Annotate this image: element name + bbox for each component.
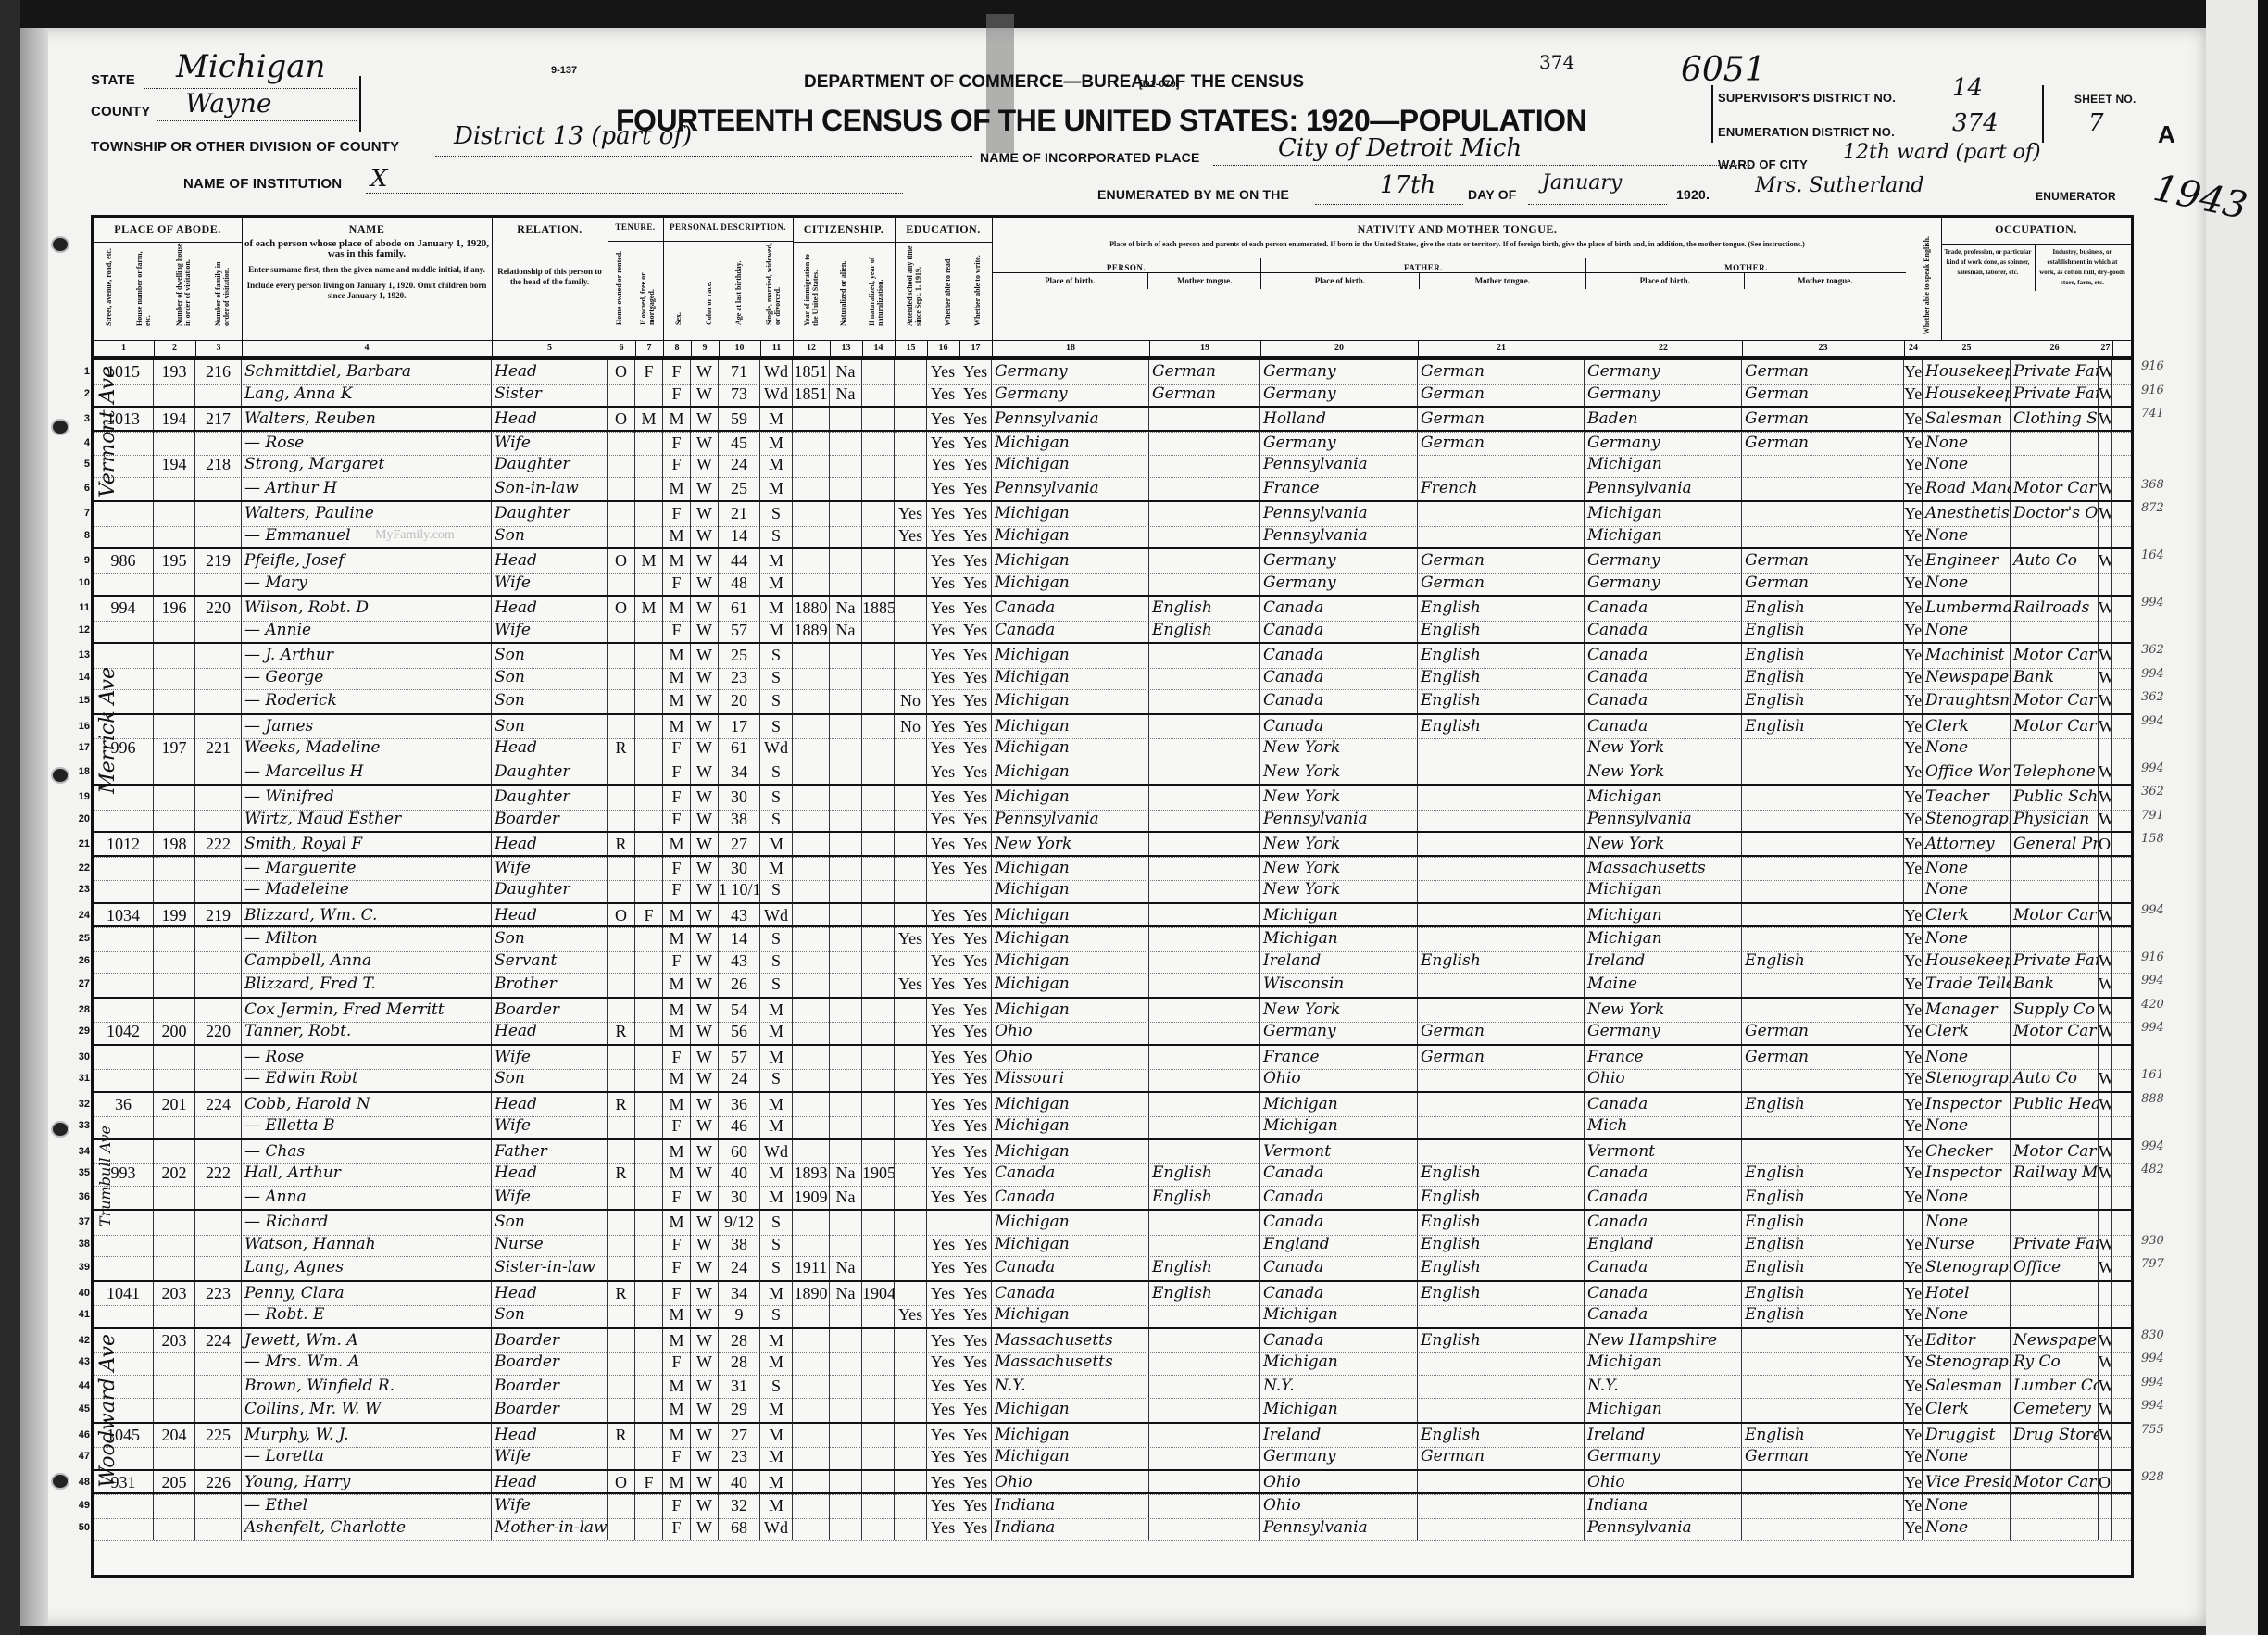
cell-rd: Yes	[927, 1046, 959, 1070]
margin-code: 755	[2141, 1423, 2164, 1437]
cell-own	[608, 1114, 635, 1138]
line-number: 15	[71, 689, 90, 713]
cell-wr: Yes	[959, 736, 992, 761]
cell-pob: Canada	[992, 1162, 1149, 1186]
cell-eng: Yes	[1904, 644, 1923, 668]
cell-ny	[862, 950, 895, 974]
cell-rd: Yes	[927, 1020, 959, 1044]
cell-mmt	[1742, 1329, 1904, 1353]
cell-fmt	[1418, 808, 1585, 832]
abode-subheaders: Street, avenue, road, etc. House number …	[94, 242, 242, 326]
cell-fmt	[1418, 1114, 1585, 1138]
sub-immigration: Year of immigration to the United States…	[803, 243, 820, 326]
cell-ny	[862, 736, 895, 761]
line-number: 28	[71, 999, 90, 1023]
cell-mmt: German	[1742, 1445, 1904, 1469]
cell-occ: Salesman	[1923, 1375, 2011, 1399]
cell-sex: M	[663, 1211, 691, 1235]
cell-sex: F	[663, 1233, 691, 1257]
cell-mt: German	[1149, 360, 1260, 384]
cell-ny	[862, 1471, 895, 1495]
cell-rel: Servant	[492, 950, 608, 974]
cell-name: Penny, Clara	[242, 1282, 492, 1306]
cell-mort	[635, 786, 663, 810]
cell-mar: S	[760, 502, 793, 526]
cell-rel: Wife	[492, 572, 608, 596]
cell-nat: Na	[830, 1186, 862, 1210]
cell-rel: Wife	[492, 1445, 608, 1469]
cell-dw: 194	[154, 408, 195, 432]
cell-ny	[862, 833, 895, 857]
cell-house	[94, 1494, 154, 1518]
cell-color: W	[691, 1114, 719, 1138]
cell-age: 30	[719, 1186, 760, 1210]
cell-mmt: English	[1742, 1424, 1904, 1448]
line-number: 12	[71, 619, 90, 643]
cell-rel: Boarder	[492, 999, 608, 1023]
cell-mmt	[1742, 1114, 1904, 1138]
cell-sex: M	[663, 715, 691, 739]
line-number: 19	[71, 786, 90, 810]
cell-ind	[2011, 736, 2099, 761]
header-occupation: OCCUPATION. Trade, profession, or partic…	[1941, 218, 2131, 340]
cell-mar: M	[760, 999, 793, 1023]
cell-own	[608, 619, 635, 643]
cell-sch	[895, 1471, 927, 1495]
cell-fam	[195, 1398, 242, 1422]
table-row: 241034199219Blizzard, Wm. C.HeadOFMW43Wd…	[94, 902, 2131, 929]
binding-strip	[20, 28, 48, 1626]
cell-nat	[830, 1303, 862, 1327]
cell-house	[94, 1516, 154, 1541]
cell-rel: Daughter	[492, 502, 608, 526]
cell-cls: OA	[2099, 1471, 2112, 1495]
cell-rel: Nurse	[492, 1233, 608, 1257]
cell-imm	[793, 878, 830, 902]
cell-ny	[862, 1256, 895, 1280]
cell-own: O	[608, 1471, 635, 1495]
margin-code: 741	[2141, 407, 2164, 421]
cell-mt	[1149, 1303, 1260, 1327]
cell-ny	[862, 904, 895, 928]
sheet-value: 7	[2088, 109, 2104, 137]
cell-eng: Yes	[1904, 761, 1923, 785]
table-row: 401041203223Penny, ClaraHeadRFW34M1890Na…	[94, 1280, 2131, 1307]
cell-age: 23	[719, 666, 760, 690]
cell-mmt	[1742, 927, 1904, 951]
table-row: 3236201224Cobb, Harold NHeadRMW36MYesYes…	[94, 1091, 2131, 1118]
cell-imm	[793, 1020, 830, 1044]
cell-fam	[195, 1046, 242, 1070]
cell-name: Murphy, W. J.	[242, 1424, 492, 1448]
cell-ind: Motor Car Co	[2011, 1020, 2099, 1044]
cell-age: 24	[719, 453, 760, 477]
cell-cls	[2099, 432, 2112, 456]
cell-mmt: German	[1742, 572, 1904, 596]
margin-code: 482	[2141, 1163, 2164, 1176]
cell-dw: 194	[154, 453, 195, 477]
cell-dw	[154, 761, 195, 785]
cell-fam: 221	[195, 736, 242, 761]
cell-imm: 1851	[793, 360, 830, 384]
table-row: 27Blizzard, Fred T.BrotherMW26SYesYesYes…	[94, 973, 2131, 998]
cell-imm	[793, 1067, 830, 1091]
column-number: 18	[992, 341, 1150, 356]
table-row: 18— Marcellus HDaughterFW34SYesYesMichig…	[94, 761, 2131, 786]
column-number: 19	[1149, 341, 1261, 356]
census-title: FOURTEENTH CENSUS OF THE UNITED STATES: …	[616, 104, 1586, 138]
cell-fmt	[1418, 857, 1585, 881]
cell-mmt: German	[1742, 549, 1904, 573]
sub-pob: Place of birth.	[1261, 273, 1420, 289]
cell-imm	[793, 761, 830, 785]
cell-imm: 1890	[793, 1282, 830, 1306]
cell-color: W	[691, 1256, 719, 1280]
cell-pob: Michigan	[992, 715, 1149, 739]
cell-sex: M	[663, 1303, 691, 1327]
cell-mort	[635, 477, 663, 501]
cell-mmt	[1742, 761, 1904, 785]
cell-own: R	[608, 1162, 635, 1186]
cell-mt	[1149, 502, 1260, 526]
cell-age: 28	[719, 1351, 760, 1375]
cell-ind: Private Family	[2011, 383, 2099, 407]
cell-dw	[154, 432, 195, 456]
cell-ny: 1905	[862, 1162, 895, 1186]
cell-imm: 1893	[793, 1162, 830, 1186]
cell-rel: Wife	[492, 432, 608, 456]
cell-nat	[830, 1516, 862, 1541]
cell-mt	[1149, 1375, 1260, 1399]
cell-pob: Canada	[992, 597, 1149, 621]
cell-wr: Yes	[959, 666, 992, 690]
cell-age: 48	[719, 572, 760, 596]
enumerated-month: January	[1542, 171, 1622, 195]
cell-fam: 224	[195, 1093, 242, 1117]
cell-fam	[195, 786, 242, 810]
margin-code: 994	[2141, 1352, 2164, 1365]
cell-ind	[2011, 1114, 2099, 1138]
cell-mar: M	[760, 1329, 793, 1353]
cell-rel: Daughter	[492, 761, 608, 785]
cell-ind	[2011, 1046, 2099, 1070]
cell-name: Cox Jermin, Fred Merritt	[242, 999, 492, 1023]
cell-sch	[895, 1398, 927, 1422]
cell-fmt: English	[1418, 597, 1585, 621]
cell-eng: Yes	[1904, 619, 1923, 643]
street-annotation: Vermont Ave	[96, 366, 119, 497]
cell-cls: W	[2099, 1140, 2112, 1164]
table-row: 22— MargueriteWifeFW30MYesYesMichiganNew…	[94, 855, 2131, 882]
margin-code: 830	[2141, 1328, 2164, 1342]
cell-rd: Yes	[927, 1114, 959, 1138]
cell-eng: Yes	[1904, 1162, 1923, 1186]
cell-wr: Yes	[959, 715, 992, 739]
cell-color: W	[691, 927, 719, 951]
cell-own	[608, 689, 635, 713]
cell-house	[94, 572, 154, 596]
sub-write: Whether able to write.	[973, 243, 982, 326]
cell-ny	[862, 857, 895, 881]
cell-mpob: Michigan	[1585, 927, 1742, 951]
cell-mort	[635, 1046, 663, 1070]
cell-mpob: Pennsylvania	[1585, 808, 1742, 832]
cell-imm	[793, 1303, 830, 1327]
cell-nat	[830, 761, 862, 785]
cell-ny	[862, 786, 895, 810]
cell-fpob: Michigan	[1260, 927, 1418, 951]
cell-dw	[154, 1067, 195, 1091]
cell-ind	[2011, 927, 2099, 951]
cell-sex: F	[663, 950, 691, 974]
table-row: 17996197221Weeks, MadelineHeadRFW61WdYes…	[94, 736, 2131, 761]
cell-dw	[154, 1398, 195, 1422]
cell-sex: F	[663, 572, 691, 596]
cell-fpob: Wisconsin	[1260, 973, 1418, 997]
cell-dw	[154, 973, 195, 997]
cell-mar: M	[760, 1398, 793, 1422]
cell-mpob: N.Y.	[1585, 1375, 1742, 1399]
cell-fmt	[1418, 1398, 1585, 1422]
cell-fam	[195, 761, 242, 785]
cell-mort	[635, 833, 663, 857]
cell-dw	[154, 1211, 195, 1235]
cell-age: 30	[719, 857, 760, 881]
cell-mmt: German	[1742, 383, 1904, 407]
cell-age: 71	[719, 360, 760, 384]
header-tenure: TENURE. Home owned or rented. If owned, …	[608, 218, 664, 340]
cell-sch: No	[895, 689, 927, 713]
cell-rel: Head	[492, 904, 608, 928]
cell-rd: Yes	[927, 973, 959, 997]
cell-cls	[2099, 1114, 2112, 1138]
cell-name: Collins, Mr. W. W	[242, 1398, 492, 1422]
cell-mar: M	[760, 1046, 793, 1070]
street-annotation: Trumbull Ave	[96, 1126, 114, 1226]
cell-mar: M	[760, 549, 793, 573]
cell-own	[608, 1140, 635, 1164]
cell-nat	[830, 1211, 862, 1235]
cell-cls	[2099, 1211, 2112, 1235]
cell-name: — Ethel	[242, 1494, 492, 1518]
margin-code: 362	[2141, 643, 2164, 657]
cell-mar: S	[760, 786, 793, 810]
cell-age: 27	[719, 1424, 760, 1448]
cell-cls	[2099, 453, 2112, 477]
table-row: 10— MaryWifeFW48MYesYesMichiganGermanyGe…	[94, 572, 2131, 597]
cell-mpob: Canada	[1585, 666, 1742, 690]
cell-age: 14	[719, 524, 760, 548]
cell-fmt: English	[1418, 1211, 1585, 1235]
cell-pob: Michigan	[992, 878, 1149, 902]
cell-fmt: English	[1418, 1186, 1585, 1210]
cell-ind	[2011, 1211, 2099, 1235]
day-of-label: DAY OF	[1468, 187, 1517, 202]
cell-ind	[2011, 1445, 2099, 1469]
cell-house: 994	[94, 597, 154, 621]
nativity-desc: Place of birth of each person and parent…	[992, 236, 1923, 252]
cell-sex: M	[663, 408, 691, 432]
cell-sex: F	[663, 808, 691, 832]
cell-mpob: Ireland	[1585, 1424, 1742, 1448]
cell-wr: Yes	[959, 1329, 992, 1353]
cell-sex: M	[663, 524, 691, 548]
census-table: PLACE OF ABODE. Street, avenue, road, et…	[91, 215, 2134, 1578]
cell-own	[608, 477, 635, 501]
cell-fpob: Germany	[1260, 549, 1418, 573]
cell-pob: Michigan	[992, 1211, 1149, 1235]
cell-house	[94, 927, 154, 951]
cell-fpob: Canada	[1260, 1282, 1418, 1306]
cell-own	[608, 572, 635, 596]
cell-color: W	[691, 1233, 719, 1257]
cell-eng: Yes	[1904, 360, 1923, 384]
cell-fpob: Germany	[1260, 1020, 1418, 1044]
cell-age: 24	[719, 1067, 760, 1091]
cell-mt	[1149, 1233, 1260, 1257]
cell-occ: None	[1923, 619, 2011, 643]
cell-nat	[830, 808, 862, 832]
cell-ind: Private Family	[2011, 950, 2099, 974]
cell-nat	[830, 786, 862, 810]
header-english: Whether able to speak English.	[1923, 218, 1942, 340]
margin-code: 994	[2141, 1021, 2164, 1035]
margin-code: 797	[2141, 1257, 2164, 1271]
cell-fpob: Germany	[1260, 383, 1418, 407]
cell-wr: Yes	[959, 1162, 992, 1186]
cell-fmt	[1418, 878, 1585, 902]
column-number: 20	[1260, 341, 1419, 356]
sub-read: Whether able to read.	[944, 243, 952, 326]
line-number: 29	[71, 1020, 90, 1044]
cell-age: 9/12	[719, 1211, 760, 1235]
cell-own	[608, 1067, 635, 1091]
cell-mmt: English	[1742, 1233, 1904, 1257]
cell-sex: M	[663, 644, 691, 668]
sub-naturalization-year: If naturalized, year of naturalization.	[868, 243, 884, 326]
binder-hole	[51, 767, 69, 784]
cell-age: 57	[719, 1046, 760, 1070]
cell-mt	[1149, 1067, 1260, 1091]
line-number: 10	[71, 572, 90, 596]
cell-color: W	[691, 833, 719, 857]
cell-ny	[862, 1046, 895, 1070]
cell-fpob: Canada	[1260, 1329, 1418, 1353]
cell-sex: F	[663, 736, 691, 761]
cell-rel: Sister	[492, 383, 608, 407]
cell-pob: Michigan	[992, 950, 1149, 974]
state-label: STATE	[91, 72, 135, 88]
sub-mt: Mother tongue.	[1148, 273, 1260, 289]
line-number: 13	[71, 644, 90, 668]
cell-fam	[195, 1445, 242, 1469]
cell-dw	[154, 1140, 195, 1164]
cell-ind: Motor Car Co	[2011, 689, 2099, 713]
cell-dw	[154, 1256, 195, 1280]
cell-own	[608, 1516, 635, 1541]
cell-fpob: Pennsylvania	[1260, 453, 1418, 477]
cell-sex: F	[663, 1516, 691, 1541]
line-number: 33	[71, 1114, 90, 1138]
cell-mort	[635, 1186, 663, 1210]
cell-dw: 198	[154, 833, 195, 857]
cell-cls	[2099, 736, 2112, 761]
cell-sex: M	[663, 689, 691, 713]
cell-mar: Wd	[760, 1140, 793, 1164]
column-number: 4	[242, 341, 493, 356]
cell-rel: Son	[492, 927, 608, 951]
cell-rel: Wife	[492, 1494, 608, 1518]
cell-dw	[154, 927, 195, 951]
cell-mar: Wd	[760, 1516, 793, 1541]
cell-occ: None	[1923, 1516, 2011, 1541]
cell-mmt	[1742, 736, 1904, 761]
cell-sex: M	[663, 1375, 691, 1399]
cell-sch	[895, 619, 927, 643]
cell-ny	[862, 1494, 895, 1518]
cell-mar: S	[760, 715, 793, 739]
cell-eng: Yes	[1904, 432, 1923, 456]
group-label: NAME	[242, 218, 492, 236]
cell-house	[94, 1067, 154, 1091]
cell-color: W	[691, 619, 719, 643]
cell-ind	[2011, 857, 2099, 881]
cell-imm	[793, 1494, 830, 1518]
cell-dw	[154, 1494, 195, 1518]
cell-age: 56	[719, 1020, 760, 1044]
enumeration-value: 374	[1952, 109, 1999, 137]
cell-ny	[862, 1516, 895, 1541]
table-row: 26Campbell, AnnaServantFW43SYesYesMichig…	[94, 950, 2131, 975]
cell-eng: Yes	[1904, 1067, 1923, 1091]
cell-occ: Trade Teller	[1923, 973, 2011, 997]
margin-code: 994	[2141, 761, 2164, 775]
cell-imm	[793, 666, 830, 690]
cell-sch	[895, 786, 927, 810]
table-row: 30— RoseWifeFW57MYesYesOhioFranceGermanF…	[94, 1044, 2131, 1071]
cell-fam: 225	[195, 1424, 242, 1448]
group-label: PLACE OF ABODE.	[94, 218, 242, 236]
cell-ny: 1885	[862, 597, 895, 621]
cell-nat	[830, 1375, 862, 1399]
cell-rel: Son-in-law	[492, 477, 608, 501]
cell-occ: Stenographer	[1923, 1067, 2011, 1091]
cell-fmt: English	[1418, 666, 1585, 690]
cell-name: — Winifred	[242, 786, 492, 810]
line-number: 7	[71, 502, 90, 526]
margin-code: 994	[2141, 974, 2164, 987]
cell-mpob: Pennsylvania	[1585, 1516, 1742, 1541]
cell-color: W	[691, 1162, 719, 1186]
cell-imm	[793, 1211, 830, 1235]
cell-mpob: Canada	[1585, 597, 1742, 621]
cell-fpob: New York	[1260, 999, 1418, 1023]
cell-eng: Yes	[1904, 549, 1923, 573]
department-title: DEPARTMENT OF COMMERCE—BUREAU OF THE CEN…	[804, 72, 1304, 93]
cell-fmt: French	[1418, 477, 1585, 501]
table-row: 461045204225Murphy, W. J.HeadRMW27MYesYe…	[94, 1422, 2131, 1449]
cell-nat	[830, 689, 862, 713]
cell-mort	[635, 1351, 663, 1375]
cell-sch	[895, 1233, 927, 1257]
cell-ny: 1904	[862, 1282, 895, 1306]
cell-pob: Massachusetts	[992, 1351, 1149, 1375]
cell-ind: Auto Co	[2011, 1067, 2099, 1091]
margin-code: 916	[2141, 950, 2164, 964]
cell-sex: M	[663, 833, 691, 857]
cell-occ: Hotel	[1923, 1282, 2011, 1306]
cell-imm	[793, 1114, 830, 1138]
